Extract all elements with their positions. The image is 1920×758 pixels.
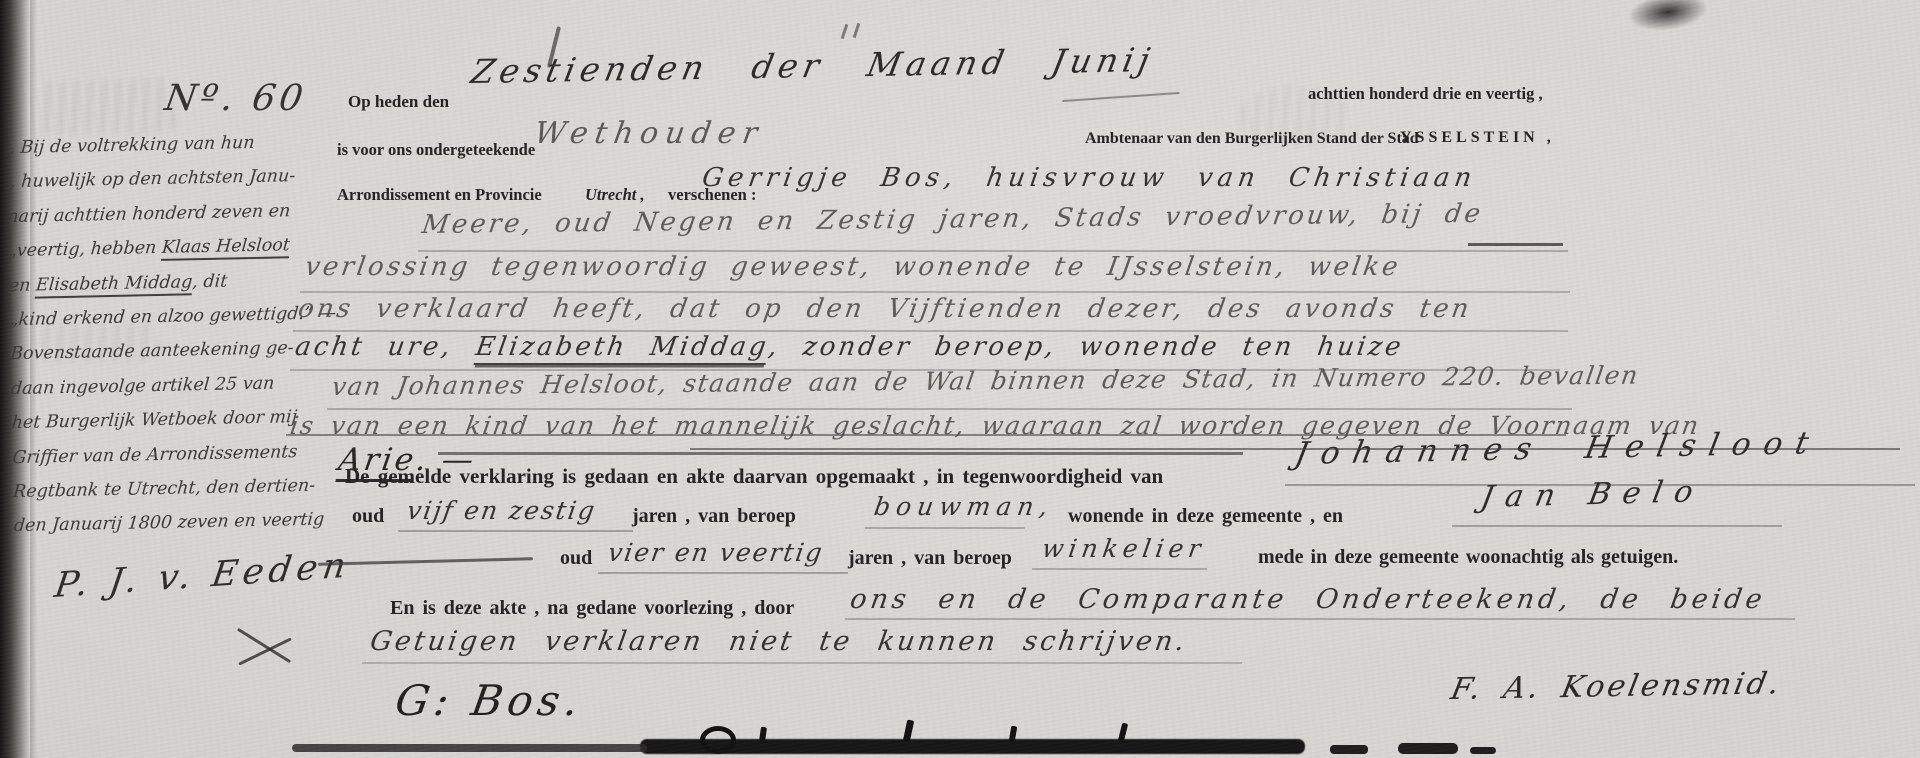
ruled-line [438,452,1243,455]
margin-signature-griffier: P. J. v. Eeden [52,546,353,606]
ruled-line [865,527,1025,529]
underlined-name-klaas-helsloot: Klaas Helsloot [161,235,291,261]
handwritten-text: acht ure, [293,332,478,362]
margin-note-text: „veertig, hebben [7,238,163,261]
ruled-line [1032,568,1207,570]
handwritten-text: , zonder beroep, wonende ten huize [766,332,1406,362]
ruled-line [293,330,1568,332]
handwritten-line-mother: acht ure, Elizabeth Middag, zonder beroe… [293,332,1406,362]
handwritten-line-address: van Johannes Helsloot, staande aan de Wa… [330,361,1641,401]
handwritten-line-declaration: ons verklaard heeft, dat op den Vijftien… [296,294,1474,324]
next-record-cutoff-ink [292,744,647,752]
stray-pen-stroke [841,24,848,39]
act-number: Nº. 60 [162,78,310,119]
ruled-line [845,618,1795,620]
ruled-line [300,291,1570,293]
ruled-line [690,448,1900,450]
next-record-cutoff-ink [1470,747,1496,754]
signature-registrar-koelensmid: F. A. Koelensmid. [1448,666,1785,707]
ruled-line [1452,525,1782,527]
ink-smudge [1626,0,1710,35]
printed-year: achttien honderd drie en veertig , [1308,84,1543,104]
handwritten-cannot-write-statement: Getuigen verklaren niet te kunnen schrij… [368,626,1189,657]
ruled-line [418,250,1568,252]
pen-flourish [1062,92,1180,102]
printed-oud: oud [560,547,592,570]
handwritten-line-residence: verlossing tegenwoordig geweest, wonende… [303,252,1403,282]
handwritten-witness2-age: vier en veertig [606,538,826,567]
signature-flourish [238,637,291,665]
handwritten-line-declarant-details: Meere, oud Negen en Zestig jaren, Stads … [420,199,1485,240]
next-record-cutoff-ink [1398,743,1458,754]
ruled-line [598,572,848,574]
printed-arrondissement: Arrondissement en Provincie [337,185,542,205]
signature-declarant-g-bos: G: Bos. [392,676,587,725]
printed-ambtenaar: Ambtenaar van den Burgerlijken Stand der… [1085,130,1419,148]
handwritten-witness2-occupation: winkelier [1040,534,1208,563]
handwritten-witness1-occupation: bouwman, [872,492,1056,521]
margin-note-line: het Burgerlijk Wetboek door mij [10,400,313,441]
printed-gemelde-verklaring: De gemelde verklaring is gedaan en akte … [345,464,1163,489]
next-record-cutoff-ink [1330,745,1368,754]
ruled-line [362,662,1242,664]
ruled-line-dash [1468,243,1563,246]
printed-jaren-van-beroep: jaren , van beroep [632,505,796,528]
ruled-line [286,434,1566,436]
printed-is-voor-ons: is voor ons ondergeteekende [337,140,535,160]
handwritten-closing: ons en de Comparante Onderteekend, de be… [848,584,1768,615]
printed-wonende-gemeente: wonende in deze gemeente , en [1068,505,1343,528]
handwritten-witness1-age: vijf en zestig [405,496,598,525]
handwritten-date: Zestienden der Maand Junij [468,40,1158,91]
ruled-line [1285,484,1915,486]
underlined-name-elisabeth-middag: Elisabeth Middag [35,272,193,298]
printed-oud: oud [352,505,384,528]
printed-op-heden-den: Op heden den [348,92,449,112]
printed-jaren-van-beroep: jaren , van beroep [848,547,1012,570]
margin-note-text: en [8,275,37,296]
next-record-cutoff-ink [640,739,1305,754]
ruled-line [327,408,1572,410]
signature-flourish [237,628,291,663]
printed-en-is-deze-akte: En is deze akte , na gedane voorlezing ,… [390,597,794,620]
underlined-name-elizabeth-middag: Elizabeth Middag [473,332,771,365]
handwritten-witness2-name: Jan Belo [1478,474,1708,515]
margin-note-line: den Januarij 1800 zeven en veertig [12,503,315,544]
printed-getuigen: mede in deze gemeente woonachtig als get… [1258,546,1678,569]
scanned-birth-certificate-ysselstein: Nº. 60 „ Bij de voltrekking van hun „ hu… [0,0,1920,758]
handwritten-officer-title: Wethouder [532,116,767,151]
ruled-line [398,530,633,532]
margin-note-text: , dit [191,271,228,292]
stray-pen-stroke [853,23,860,38]
next-record-cutoff-ink [700,726,736,754]
marginal-legitimation-note: „ Bij de voltrekking van hun „ huwelijk … [4,125,313,544]
ruled-line [290,369,1560,371]
handwritten-declarant-name: Gerrigje Bos, huisvrouw van Christiaan [700,163,1479,193]
printed-province-name: Utrecht , [585,185,645,205]
printed-city-name: YSSELSTEIN , [1400,129,1555,147]
margin-note-line: „veertig, hebben Klaas Helsloot [7,228,310,269]
